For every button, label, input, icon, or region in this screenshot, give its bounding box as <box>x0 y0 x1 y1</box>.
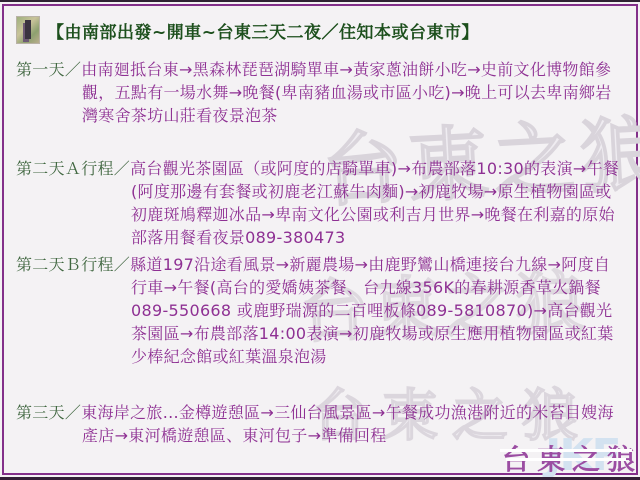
day1-text: 由南廻抵台東→黑森林琵琶湖騎單車→黃家蔥油餅小吃→史前文化博物館參觀，五點有一場… <box>81 60 611 125</box>
page: 【由南部出發~開車~台東三天二夜／住知本或台東市】 第一天／由南廻抵台東→黑森林… <box>0 0 640 480</box>
day2b-text: 縣道197沿途看風景→新麗農場→由鹿野鸞山橋連接台九線→阿度自行車→午餐(高台的… <box>130 255 613 366</box>
content-frame: 【由南部出發~開車~台東三天二夜／住知本或台東市】 第一天／由南廻抵台東→黑森林… <box>2 4 638 475</box>
page-title: 【由南部出發~開車~台東三天二夜／住知本或台東市】 <box>47 18 479 43</box>
strike-line <box>506 458 626 461</box>
itinerary-day2a: 第二天Ａ行程／高台觀光茶園區（或阿度的店騎單車)→布農部落10:30的表演→午餐… <box>16 157 626 249</box>
title-bar: 【由南部出發~開車~台東三天二夜／住知本或台東市】 <box>16 16 626 44</box>
day2a-label: 第二天Ａ行程／ <box>16 159 130 178</box>
day1-label: 第一天／ <box>16 60 81 79</box>
day3-label: 第三天／ <box>16 403 81 422</box>
title-photo-icon <box>16 16 40 44</box>
day2b-label: 第二天Ｂ行程／ <box>16 255 130 274</box>
strike-line <box>500 449 632 452</box>
itinerary-day1: 第一天／由南廻抵台東→黑森林琵琶湖騎單車→黃家蔥油餅小吃→史前文化博物館參觀，五… <box>16 58 626 127</box>
day2a-text: 高台觀光茶園區（或阿度的店騎單車)→布農部落10:30的表演→午餐(阿度那邊有套… <box>130 159 619 247</box>
itinerary-day2b: 第二天Ｂ行程／縣道197沿途看風景→新麗農場→由鹿野鸞山橋連接台九線→阿度自行車… <box>16 253 626 368</box>
